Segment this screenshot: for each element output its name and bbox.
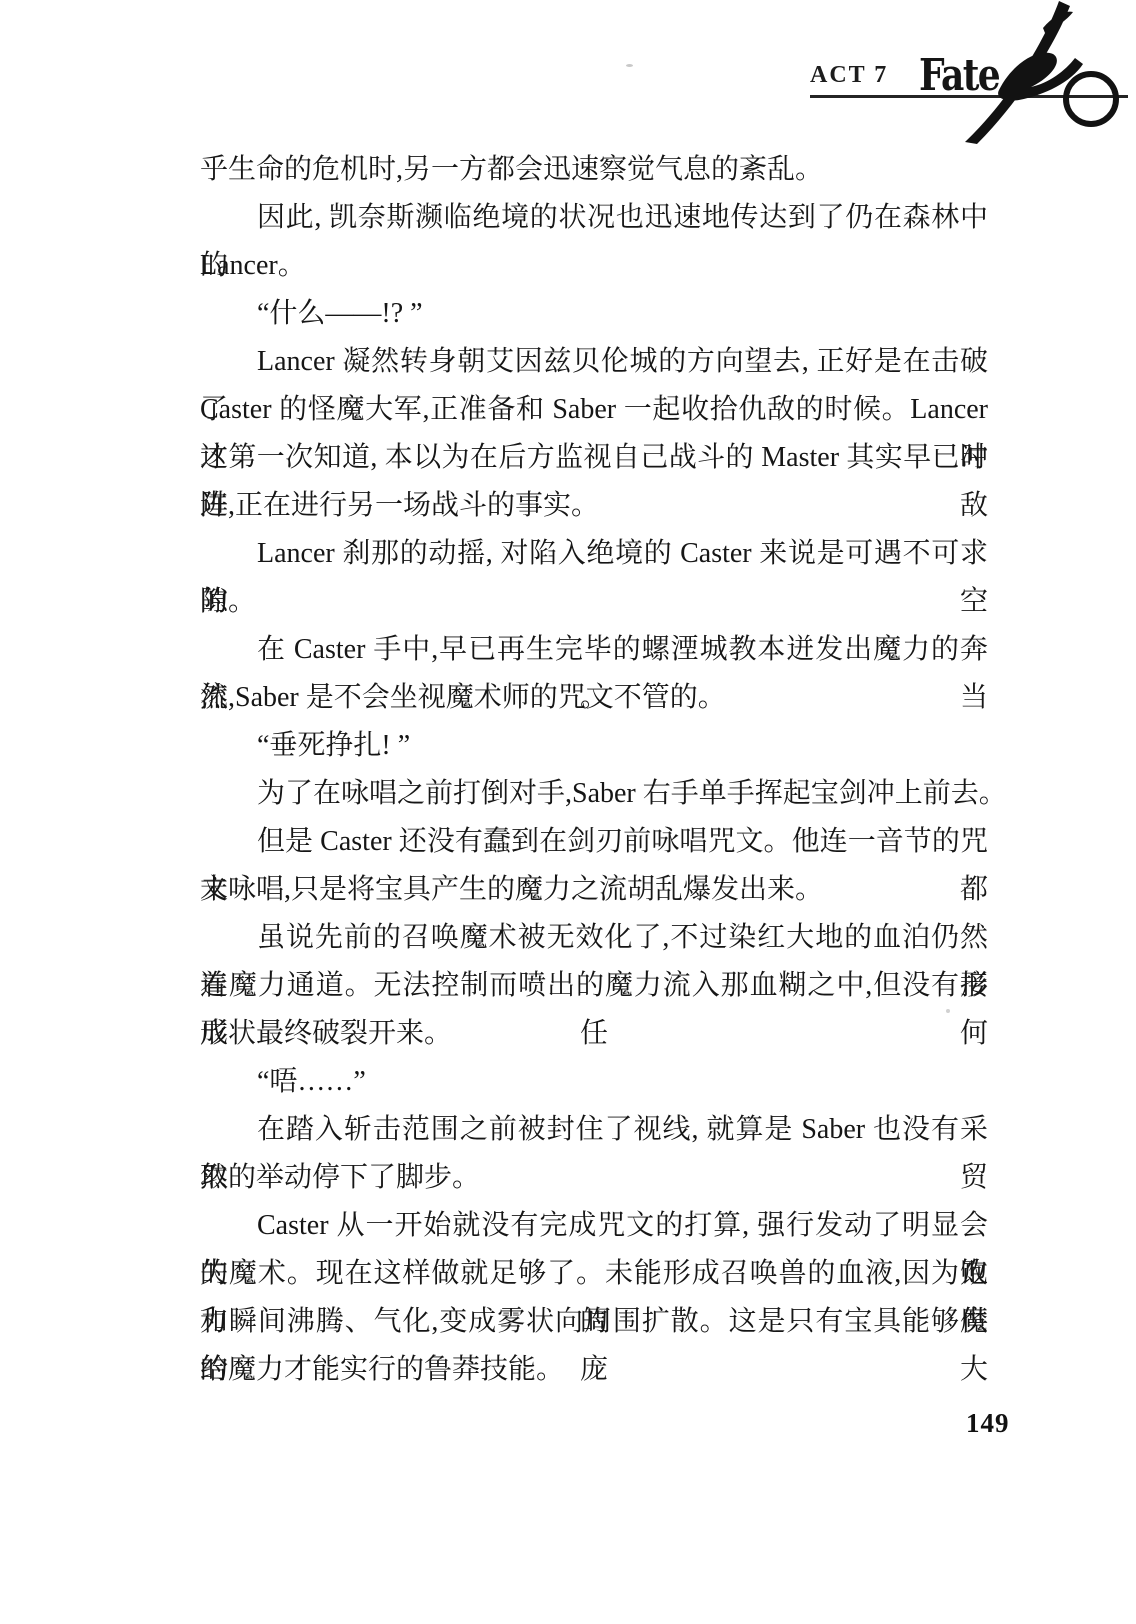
text-line: 虽说先前的召唤魔术被无效化了,不过染红大地的血泊仍然连接 bbox=[200, 914, 988, 962]
logo-script-swirl bbox=[998, 53, 1083, 101]
text-line: 但是 Caster 还没有蠢到在剑刃前咏唱咒文。他连一音节的咒文都 bbox=[200, 818, 988, 866]
act-label: ACT 7 bbox=[810, 62, 888, 89]
text-line: 乎生命的危机时,另一方都会迅速察觉气息的紊乱。 bbox=[200, 146, 988, 194]
page-text: 乎生命的危机时,另一方都会迅速察觉气息的紊乱。因此, 凯奈斯濒临绝境的状况也迅速… bbox=[200, 146, 988, 1394]
text-line: “什么——!? ” bbox=[200, 290, 988, 338]
text-line: Caster 从一开始就没有完成咒文的打算, 强行发动了明显会失败 bbox=[200, 1202, 988, 1250]
text-line: 才第一次知道, 本以为在后方监视自己战斗的 Master 其实早已冲进敌 bbox=[200, 434, 988, 482]
text-line: 力瞬间沸腾、气化,变成雾状向周围扩散。这是只有宝具能够供给庞大 bbox=[200, 1298, 988, 1346]
scan-speck bbox=[626, 64, 633, 67]
scan-speck bbox=[946, 1009, 950, 1013]
text-line: 在 Caster 手中,早已再生完毕的螺湮城教本迸发出魔力的奔流。当 bbox=[200, 626, 988, 674]
page-number: 149 bbox=[966, 1408, 1010, 1439]
text-line: 为了在咏唱之前打倒对手,Saber 右手单手挥起宝剑冲上前去。 bbox=[200, 770, 988, 818]
fatezero-logo-icon: Fate bbox=[893, 0, 1136, 150]
text-line: 因此, 凯奈斯濒临绝境的状况也迅速地传达到了仍在森林中的 bbox=[200, 194, 988, 242]
logo-o-circle bbox=[1066, 74, 1116, 124]
logo-fate-text: Fate bbox=[919, 50, 999, 101]
text-line: 的魔术。现在这样做就足够了。未能形成召唤兽的血液,因为饱和的魔 bbox=[200, 1250, 988, 1298]
text-line: 着魔力通道。无法控制而喷出的魔力流入那血糊之中,但没有形成任何 bbox=[200, 962, 988, 1010]
text-line: Lancer 凝然转身朝艾因兹贝伦城的方向望去, 正好是在击破了 bbox=[200, 338, 988, 386]
book-page: ACT 7 Fate 乎生命的危机时,另一方都会迅速察觉气息的紊乱。因此, 凯奈… bbox=[0, 0, 1136, 1624]
text-line: “垂死挣扎! ” bbox=[200, 722, 988, 770]
text-line: “唔……” bbox=[200, 1058, 988, 1106]
text-line: 在踏入斩击范围之前被封住了视线, 就算是 Saber 也没有采取贸 bbox=[200, 1106, 988, 1154]
text-line: Lancer。 bbox=[200, 242, 988, 290]
text-line: Lancer 刹那的动摇, 对陷入绝境的 Caster 来说是可遇不可求的空 bbox=[200, 530, 988, 578]
text-line: Caster 的怪魔大军,正准备和 Saber 一起收拾仇敌的时候。Lancer… bbox=[200, 386, 988, 434]
